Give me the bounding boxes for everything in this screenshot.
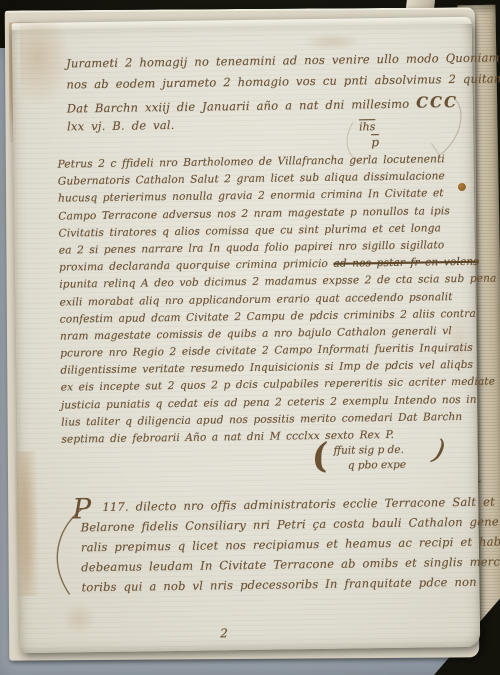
docket-line: ffuit sig p de. [334,444,404,457]
strikethrough-text: ad nos pstar fr en volens [333,256,478,270]
chancery-note: ( ffuit sig p de. q pbo expe ) [311,435,462,495]
stain-spot [62,602,96,634]
brace-left: ( [309,436,331,478]
paragraph-3: 117. dilecto nro offis administratoris e… [80,494,500,600]
docket-line: q pbo expe [348,459,406,472]
stain-spot [302,32,362,51]
stain-spot [20,22,71,108]
text-line-part: proxima declaranda quorquise crimina pri… [59,258,334,274]
catchword-mark: 2 [220,626,228,640]
manuscript-page: Jurameti 2 homagij no teneamini ad nos v… [12,17,481,653]
stain-spot [15,451,41,596]
manuscript-photo: ~ Jurameti 2 homagij no teneamini ad nos… [0,0,500,675]
paragraph-2: Petrus 2 c ffideli nro Bartholomeo de Vi… [58,153,499,451]
brace-right: ) [430,433,448,468]
